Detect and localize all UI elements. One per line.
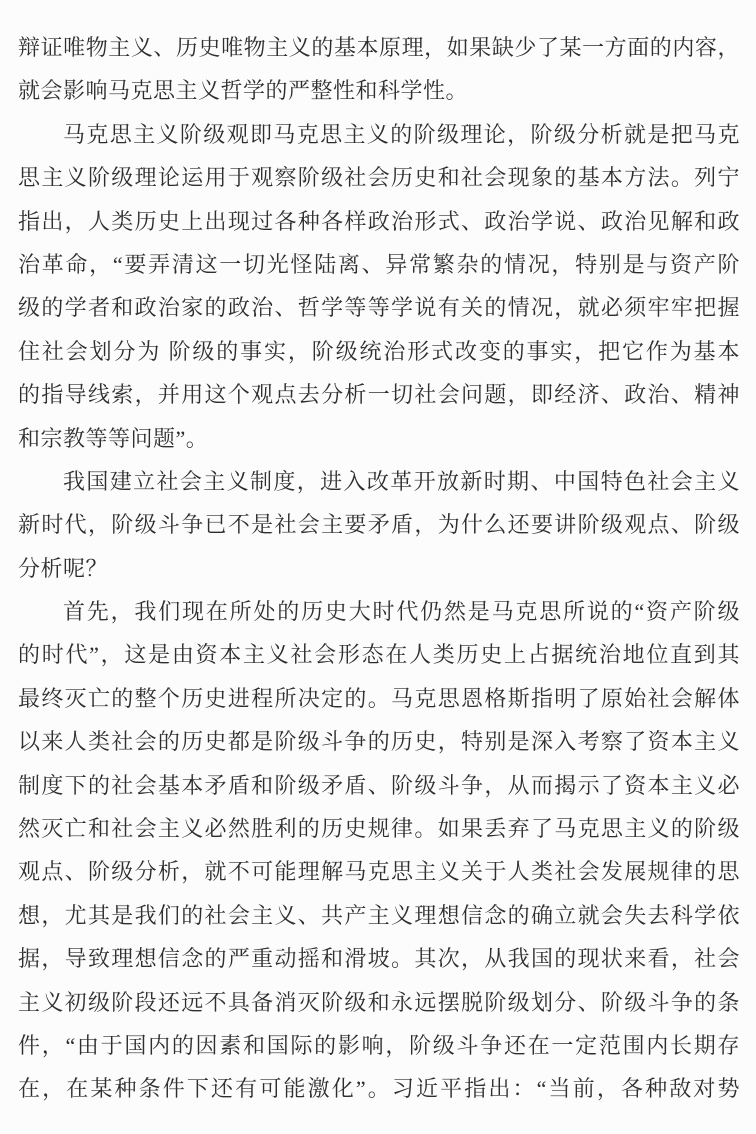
text-line: 想，尤其是我们的社会主义、共产主义理想信念的确立就会失去科学依 [18, 894, 740, 937]
text-line: 和宗教等等问题”。 [18, 417, 740, 460]
text-line: 我国建立社会主义制度，进入改革开放新时期、中国特色社会主义 [18, 460, 740, 503]
text-line: 据，导致理想信念的严重动摇和滑坡。其次，从我国的现状来看，社会 [18, 937, 740, 980]
text-line: 制度下的社会基本矛盾和阶级矛盾、阶级斗争，从而揭示了资本主义必 [18, 764, 740, 807]
text-line: 在，在某种条件下还有可能激化”。习近平指出：“当前，各种敌对势 [18, 1067, 740, 1110]
text-line: 住社会划分为 阶级的事实，阶级统治形式改变的事实，把它作为基本 [18, 330, 740, 373]
text-line: 就会影响马克思主义哲学的严整性和科学性。 [18, 69, 740, 112]
text-line: 马克思主义阶级观即马克思主义的阶级理论，阶级分析就是把马克 [18, 113, 740, 156]
text-line: 件，“由于国内的因素和国际的影响，阶级斗争还在一定范围内长期存 [18, 1024, 740, 1067]
text-line: 思主义阶级理论运用于观察阶级社会历史和社会现象的基本方法。列宁 [18, 156, 740, 199]
text-line: 级的学者和政治家的政治、哲学等等学说有关的情况，就必须牢牢把握 [18, 286, 740, 329]
text-line: 然灭亡和社会主义必然胜利的历史规律。如果丢弃了马克思主义的阶级 [18, 807, 740, 850]
text-line: 治革命，“要弄清这一切光怪陆离、异常繁杂的情况，特别是与资产阶 [18, 243, 740, 286]
text-line: 观点、阶级分析，就不可能理解马克思主义关于人类社会发展规律的思 [18, 850, 740, 893]
text-line: 主义初级阶段还远不具备消灭阶级和永远摆脱阶级划分、阶级斗争的条 [18, 981, 740, 1024]
text-line: 分析呢？ [18, 547, 740, 590]
text-line: 的指导线索，并用这个观点去分析一切社会问题，即经济、政治、精神 [18, 373, 740, 416]
text-line: 指出，人类历史上出现过各种各样政治形式、政治学说、政治见解和政 [18, 200, 740, 243]
text-line: 首先，我们现在所处的历史大时代仍然是马克思所说的“资产阶级 [18, 590, 740, 633]
text-line: 以来人类社会的历史都是阶级斗争的历史，特别是深入考察了资本主义 [18, 720, 740, 763]
text-line: 的时代”，这是由资本主义社会形态在人类历史上占据统治地位直到其 [18, 633, 740, 676]
text-line: 新时代，阶级斗争已不是社会主要矛盾，为什么还要讲阶级观点、阶级 [18, 503, 740, 546]
body-text: 辩证唯物主义、历史唯物主义的基本原理，如果缺少了某一方面的内容， 就会影响马克思… [18, 26, 740, 1111]
document-page: 辩证唯物主义、历史唯物主义的基本原理，如果缺少了某一方面的内容， 就会影响马克思… [0, 0, 756, 1134]
text-line: 最终灭亡的整个历史进程所决定的。马克思恩格斯指明了原始社会解体 [18, 677, 740, 720]
text-line: 辩证唯物主义、历史唯物主义的基本原理，如果缺少了某一方面的内容， [18, 26, 740, 69]
